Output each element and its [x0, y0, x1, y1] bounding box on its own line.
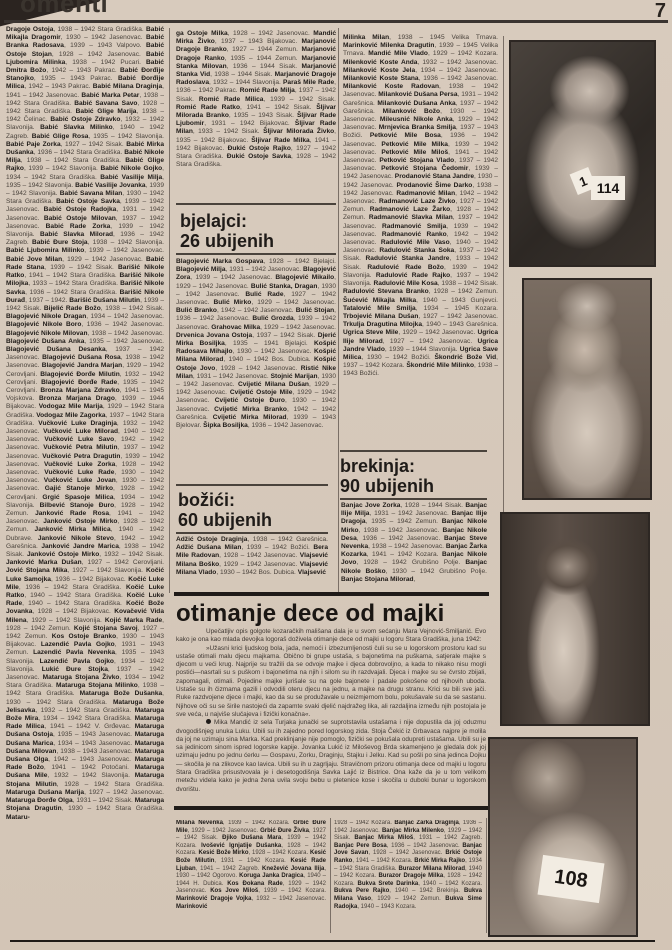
column-divider-bottom-2 [486, 818, 487, 933]
section-rule-brekinja-bottom [340, 498, 487, 500]
heading-brekinja-line2: 90 ubijenih [340, 476, 434, 496]
article-top-rule [174, 592, 489, 596]
newspaper-page: omenti 7 Dragoje Ostoja, 1938 – 1942 Sta… [0, 0, 672, 950]
section-rule-bjelajci-bottom [176, 253, 336, 255]
bottom-column-3-names: 1928 – 1942 Kozara. Banjac Žarka Draginj… [334, 820, 482, 930]
heading-bozici-line1: božići: [178, 490, 272, 510]
article-paragraph-2: »Užasni krici ljudskog bola, jada, nemoć… [176, 645, 486, 720]
column-3-names: Milinka Milan, 1938 – 1945 Velika Trnava… [343, 34, 498, 439]
section-rule-bozici-top [176, 484, 328, 486]
brekinja-names: Banjac Jove Zorka, 1928 – 1944 Sisak. Ba… [341, 502, 487, 586]
article-body: Upečatljiv opis golgote kozaračkih mališ… [176, 628, 486, 794]
id-tag-114: 114 [591, 176, 625, 200]
heading-brekinja: brekinja: 90 ubijenih [340, 456, 434, 496]
heading-bjelajci-line2: 26 ubijenih [180, 231, 274, 251]
bozici-names: Adžić Ostoje Draginja, 1938 – 1942 Gareš… [176, 536, 328, 586]
heading-brekinja-line1: brekinja: [340, 456, 434, 476]
column-divider-1 [169, 28, 170, 593]
bjelajci-names: Blagojević Marka Gospava, 1928 – 1942 Bj… [176, 258, 336, 472]
section-rule-bozici-bottom [176, 532, 328, 534]
heading-bozici: božići: 60 ubijenih [178, 490, 272, 530]
column-divider-bottom-1 [330, 818, 331, 933]
id-sign-108: 108 [538, 855, 605, 903]
photo-child-standing [500, 512, 650, 726]
section-rule-bjelajci-top [176, 203, 336, 205]
article-paragraph-3: Mika Mandić iz sela Turjaka junački se s… [176, 719, 486, 794]
column-divider-2 [338, 28, 339, 593]
heading-bjelajci-line1: bjelajci: [180, 211, 274, 231]
bullet-icon [206, 719, 211, 724]
column-2-names: ga Ostoje Milka, 1928 – 1942 Jasenovac. … [176, 30, 336, 192]
article-paragraph-3-text: Mika Mandić iz sela Turjaka junački se s… [176, 719, 486, 792]
header-rule [4, 20, 668, 23]
section-rule-brekinja-top [340, 450, 487, 452]
photo-girl-with-flowers [522, 278, 652, 500]
page-bottom-rule [10, 940, 655, 942]
article-bottom-rule [174, 806, 489, 810]
photo-child-sign: 108 [488, 737, 638, 937]
photo-child-lying: 1 114 [509, 40, 656, 267]
article-title: otimanje dece od majki [176, 600, 444, 628]
column-1-names: Dragoje Ostoja, 1938 – 1942 Stara Gradiš… [6, 26, 164, 936]
article-paragraph-1: Upečatljiv opis golgote kozaračkih mališ… [176, 628, 486, 645]
heading-bjelajci: bjelajci: 26 ubijenih [180, 211, 274, 251]
bottom-column-2-names: Milana Nevenka, 1939 – 1942 Kozara. Grbi… [176, 820, 326, 930]
heading-bozici-line2: 60 ubijenih [178, 510, 272, 530]
section-header-title: omenti [20, 0, 108, 19]
